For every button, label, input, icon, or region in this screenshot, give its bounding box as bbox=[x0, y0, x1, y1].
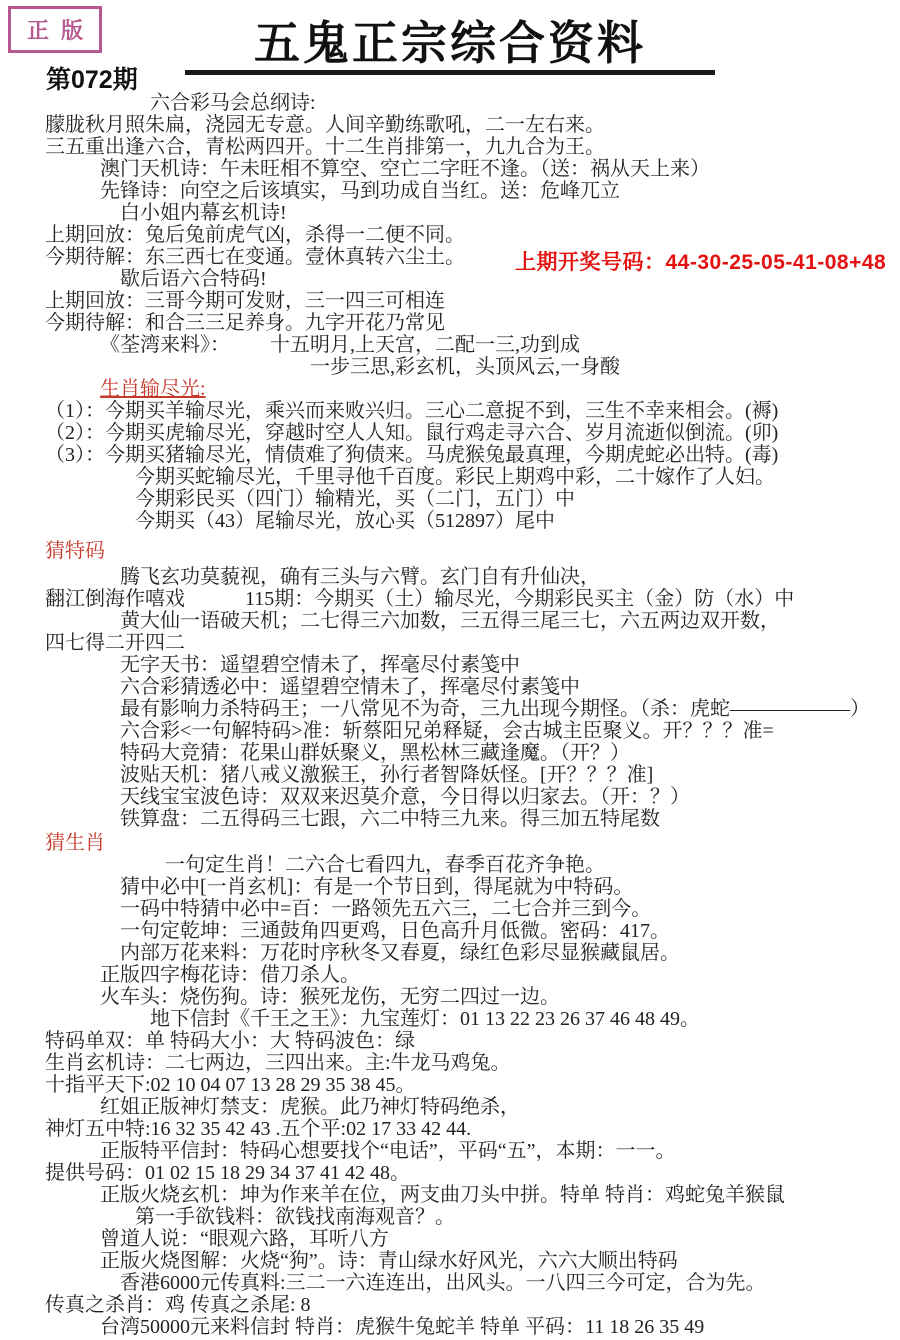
zodiac-lose-item: 今期买（43）尾输尽光，放心买（512897）尾中 bbox=[45, 510, 896, 532]
guess-special-line: 波贴天机：猪八戒义激猴王，孙行者智降妖怪。[开？？？准] bbox=[45, 764, 896, 786]
zodiac-lose-item: 今期彩民买（四门）输精光，买（二门，五门）中 bbox=[45, 488, 896, 510]
guess-special-line: 腾飞玄功莫藐视，确有三头与六臂。玄门自有升仙决， bbox=[45, 566, 896, 588]
guess-special-line: 黄大仙一语破天机；二七得三六加数，三五得三尾三七，六五两边双开数， bbox=[45, 610, 896, 632]
tsuen-wan-tip-line: 一步三思,彩玄机，头顶风云,一身酸 bbox=[45, 356, 896, 378]
zengdaoren-line: 曾道人说：“眼观六路，耳听八方 bbox=[45, 1228, 896, 1250]
taiwan-envelope-line: 台湾50000元来料信封 特肖：虎猴牛兔蛇羊 特单 平码：11 18 26 35… bbox=[45, 1316, 896, 1338]
guess-special-line: 特码大竞猜：花果山群妖聚义，黑松林三藏逢魔。（开？） bbox=[45, 742, 896, 764]
special-flat-envelope-line: 正版特平信封：特码心想要找个“电话”，平码“五”，本期：一一。 bbox=[45, 1140, 896, 1162]
guess-special-line: 四七得二开四二 bbox=[45, 632, 896, 654]
red-sister-lamp-line: 红姐正版神灯禁支：虎猴。此乃神灯特码绝杀， bbox=[45, 1096, 896, 1118]
guess-zodiac-line: 一码中特猜中必中=百：一路领先五六三，二七合并三到今。 bbox=[45, 898, 896, 920]
fire-mystery-line: 正版火烧玄机：坤为作来羊在位，两支曲刀头中拼。特单 特肖：鸡蛇兔羊猴鼠 bbox=[45, 1184, 896, 1206]
provided-numbers-line: 提供号码：01 02 15 18 29 34 37 41 42 48。 bbox=[45, 1162, 896, 1184]
macau-poem-line: 澳门天机诗：午未旺相不算空、空亡二字旺不逢。（送：祸从天上来） bbox=[45, 158, 896, 180]
zodiac-lose-item: （2）：今期买虎输尽光，穿越时空人人知。鼠行鸡走寻六合、岁月流逝似倒流。(卯) bbox=[45, 422, 896, 444]
last-draw-numbers: 上期开奖号码：44-30-25-05-41-08+48 bbox=[515, 246, 886, 276]
guess-special-line: 六合彩<一句解特码>准：斩蔡阳兄弟释疑，会古城主臣聚义。开？？？准= bbox=[45, 720, 896, 742]
zodiac-lose-item: 今期买蛇输尽光，千里寻他千百度。彩民上期鸡中彩，二十嫁作了人妇。 bbox=[45, 466, 896, 488]
issue-number: 第072期 bbox=[46, 60, 138, 96]
plum-poem-line: 正版四字梅花诗：借刀杀人。 bbox=[45, 964, 896, 986]
poem-line: 三五重出逢六合，青松两四开。十二生肖排第一，九九合为王。 bbox=[45, 136, 896, 158]
general-poem-heading: 六合彩马会总纲诗: bbox=[45, 92, 896, 114]
last-issue-replay-line: 上期回放：三哥今期可发财，三一四三可相连 bbox=[45, 290, 896, 312]
guess-special-line: 无字天书：遥望碧空情未了，挥毫尽付素笺中 bbox=[45, 654, 896, 676]
page-title: 五鬼正宗综合资料 bbox=[185, 0, 715, 75]
guess-zodiac-line: 猜中必中[一肖玄机]：有是一个节日到，得尾就为中特码。 bbox=[45, 876, 896, 898]
zodiac-lose-heading: 生肖输尽光: bbox=[45, 378, 896, 400]
tsuen-wan-tip-line: 《荃湾来料》： 十五明月,上天宫，二配一三,功到成 bbox=[45, 334, 896, 356]
last-issue-replay-line: 上期回放：兔后兔前虎气凶，杀得一二便不同。 bbox=[45, 224, 896, 246]
guess-zodiac-line: 一句定生肖！二六合七看四九，春季百花齐争艳。 bbox=[45, 854, 896, 876]
fax-kill-line: 传真之杀肖：鸡 传真之杀尾: 8 bbox=[45, 1294, 896, 1316]
fire-diagram-line: 正版火烧图解：火烧“狗”。诗：青山绿水好风光，六六大顺出特码 bbox=[45, 1250, 896, 1272]
guess-special-line: 六合彩猜透必中：遥望碧空情未了，挥毫尽付素笺中 bbox=[45, 676, 896, 698]
zodiac-lose-item: （3）：今期买猪输尽光，情债难了狗债来。马虎猴兔最真理，今期虎蛇必出特。(毒) bbox=[45, 444, 896, 466]
guess-special-line: 铁算盘：二五得码三七跟，六二中特三九来。得三加五特尾数 bbox=[45, 808, 896, 830]
guess-special-line: 最有影响力杀特码王；一八常见不为奇，三九出现今期怪。（杀：虎蛇——————） bbox=[45, 698, 896, 720]
guess-zodiac-line: 一句定乾坤：三通鼓角四更鸡，日色高升月低微。密码：417。 bbox=[45, 920, 896, 942]
page-header: 正版 五鬼正宗综合资料 第072期 bbox=[0, 0, 900, 92]
vanguard-poem-line: 先锋诗：向空之后该填实，马到功成自当红。送：危峰兀立 bbox=[45, 180, 896, 202]
guess-special-heading: 猜特码 bbox=[45, 540, 896, 562]
poem-line: 朦胧秋月照朱扁，浇园无专意。人间辛勤练歌吼，二一左右来。 bbox=[45, 114, 896, 136]
document-body: 六合彩马会总纲诗: 朦胧秋月照朱扁，浇园无专意。人间辛勤练歌吼，二一左右来。 三… bbox=[0, 92, 900, 1338]
authentic-badge: 正版 bbox=[8, 6, 102, 53]
ten-fingers-numbers-line: 十指平天下:02 10 04 07 13 28 29 35 38 45。 bbox=[45, 1074, 896, 1096]
zodiac-mystery-poem-line: 生肖玄机诗：二七两边，三四出来。主:牛龙马鸡兔。 bbox=[45, 1052, 896, 1074]
magic-lamp-numbers-line: 神灯五中特:16 32 35 42 43 .五个平:02 17 33 42 44… bbox=[45, 1118, 896, 1140]
guess-zodiac-line: 内部万花来料：万花时序秋冬又春夏，绿红色彩尽显猴藏鼠居。 bbox=[45, 942, 896, 964]
guess-special-line: 天线宝宝波色诗：双双来迟莫介意，今日得以归家去。（开：？） bbox=[45, 786, 896, 808]
guess-special-line: 翻江倒海作嘻戏 115期：今期买（土）输尽光，今期彩民买主（金）防（水）中 bbox=[45, 588, 896, 610]
current-issue-hint-line: 今期待解：和合三三足养身。九字开花乃常见 bbox=[45, 312, 896, 334]
underground-envelope-line: 地下信封《千王之王》：九宝莲灯：01 13 22 23 26 37 46 48 … bbox=[45, 1008, 896, 1030]
guess-zodiac-heading: 猜生肖 bbox=[45, 832, 896, 854]
train-head-line: 火车头：烧伤狗。诗：猴死龙伤，无穷二四过一边。 bbox=[45, 986, 896, 1008]
insider-poem-heading: 白小姐内幕玄机诗! bbox=[45, 202, 896, 224]
lottery-info-sheet: 正版 五鬼正宗综合资料 第072期 上期开奖号码：44-30-25-05-41-… bbox=[0, 0, 900, 1340]
hongkong-fax-line: 香港6000元传真料:三二一六连连出，出风头。一八四三今可定，合为先。 bbox=[45, 1272, 896, 1294]
special-odd-even-line: 特码单双：单 特码大小：大 特码波色：绿 bbox=[45, 1030, 896, 1052]
money-seeking-line: 第一手欲钱料：欲钱找南海观音？。 bbox=[45, 1206, 896, 1228]
zodiac-lose-item: （1）：今期买羊输尽光，乘兴而来败兴归。三心二意捉不到，三生不幸来相会。(褥) bbox=[45, 400, 896, 422]
